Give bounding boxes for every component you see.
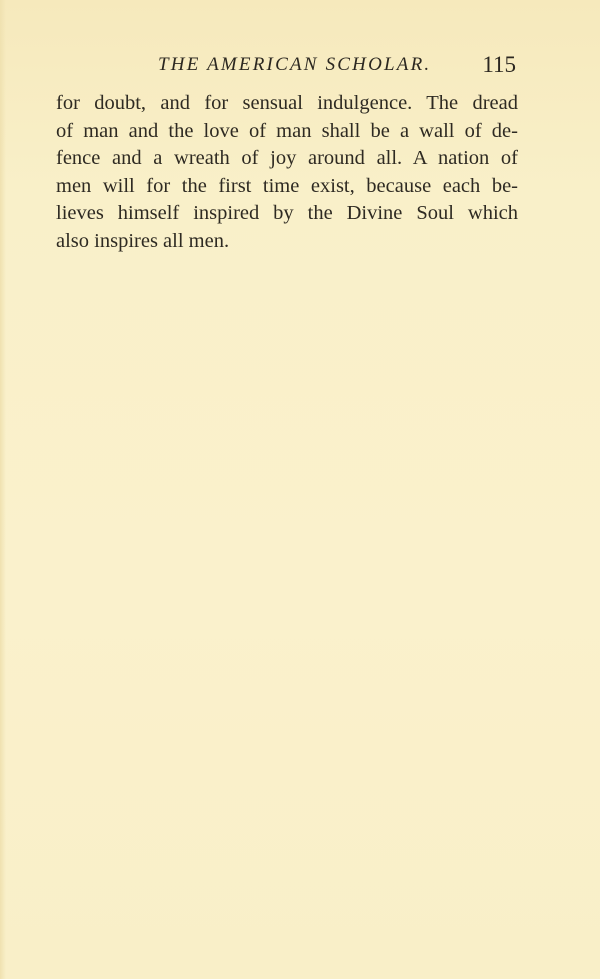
body-text: for doubt, and for sensual indulgence. T… bbox=[56, 90, 518, 255]
running-head: THE AMERICAN SCHOLAR. 115 bbox=[158, 54, 518, 82]
text-line: fence and a wreath of joy around all. A … bbox=[56, 145, 518, 173]
book-page: THE AMERICAN SCHOLAR. 115 for doubt, and… bbox=[0, 0, 600, 979]
page-edge-shadow bbox=[0, 0, 6, 979]
text-line: for doubt, and for sensual indulgence. T… bbox=[56, 90, 518, 118]
text-line: men will for the first time exist, becau… bbox=[56, 173, 518, 201]
page-number: 115 bbox=[482, 52, 516, 78]
text-line: lieves himself inspired by the Divine So… bbox=[56, 200, 518, 228]
text-line: of man and the love of man shall be a wa… bbox=[56, 118, 518, 146]
running-head-title: THE AMERICAN SCHOLAR. bbox=[158, 54, 431, 76]
text-line: also inspires all men. bbox=[56, 228, 518, 256]
